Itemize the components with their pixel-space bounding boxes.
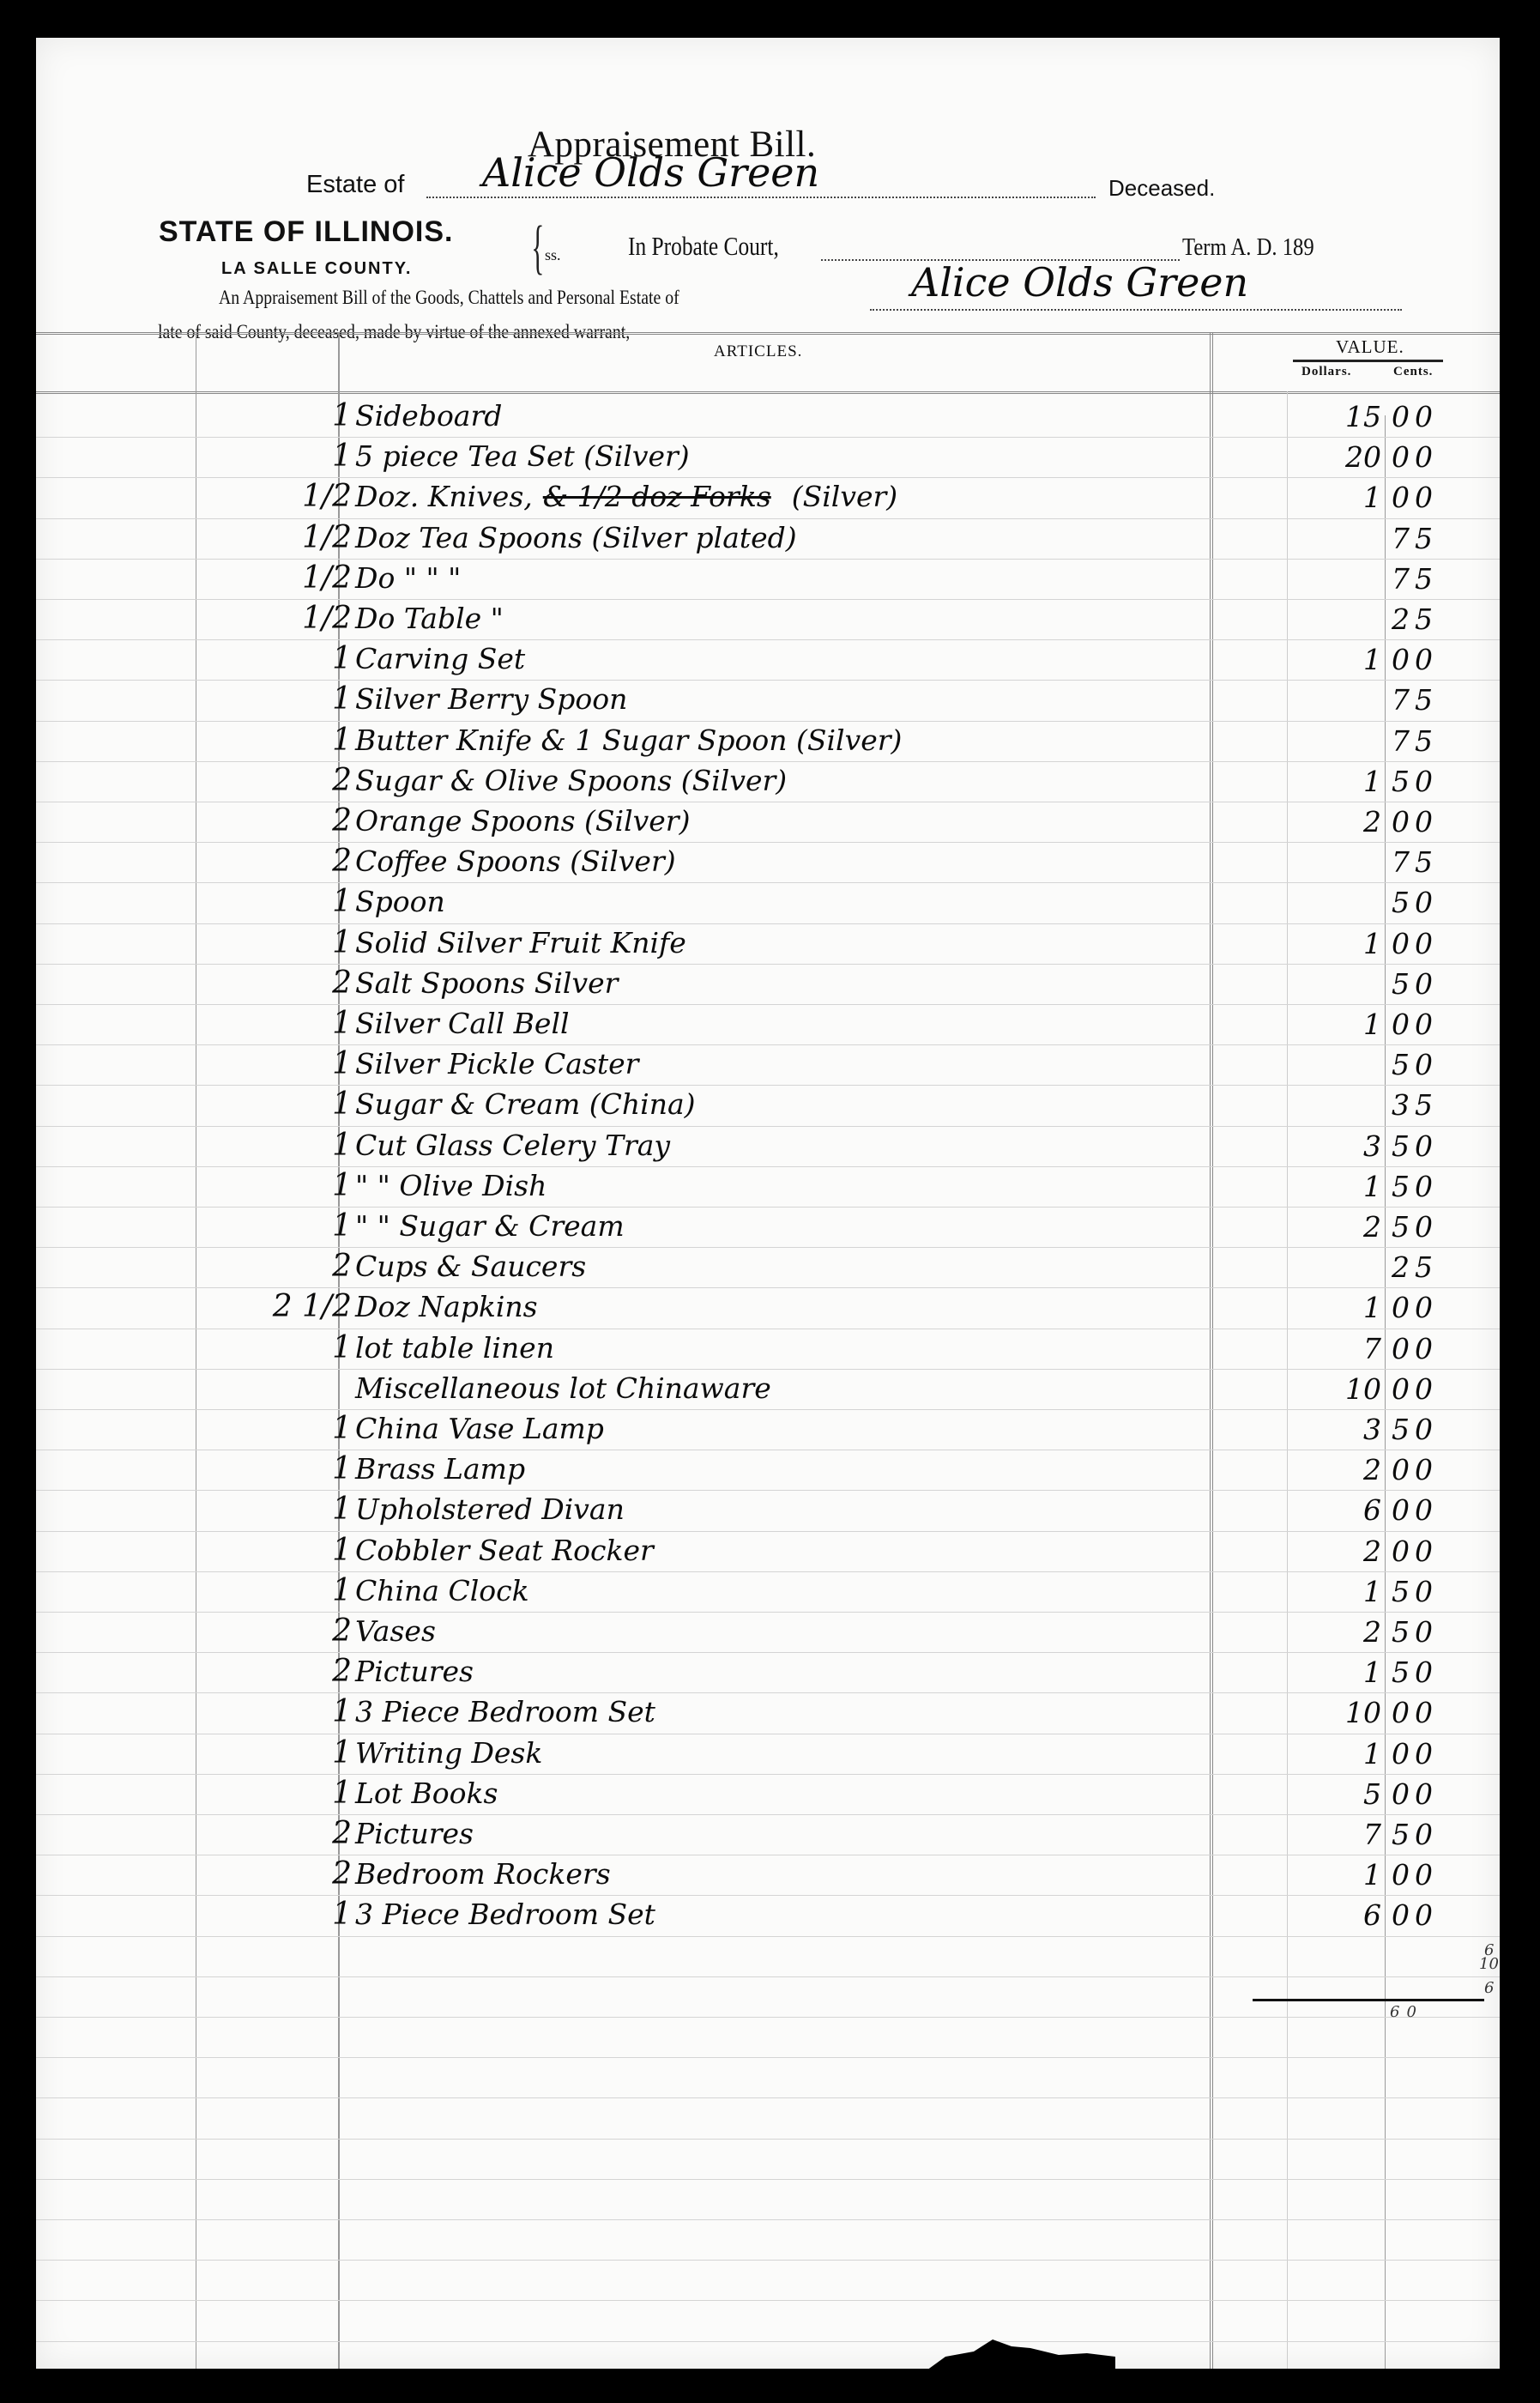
article-text: Carving Set bbox=[355, 642, 525, 675]
item-quantity: 1/2 bbox=[257, 560, 352, 596]
item-article: Doz Napkins bbox=[355, 1290, 538, 1323]
table-row: 1Carving Set100 bbox=[36, 639, 1500, 681]
item-quantity: 1 bbox=[257, 641, 352, 676]
dollars-header: Dollars. bbox=[1301, 365, 1351, 379]
item-article: " " Olive Dish bbox=[355, 1169, 547, 1202]
item-quantity: 1 bbox=[257, 1451, 352, 1486]
item-article: China Clock bbox=[355, 1574, 529, 1607]
county-heading: LA SALLE COUNTY. bbox=[221, 259, 412, 279]
item-article: China Vase Lamp bbox=[355, 1412, 604, 1445]
item-cents: 00 bbox=[1392, 927, 1460, 960]
articles-header: ARTICLES. bbox=[714, 342, 802, 361]
item-cents: 50 bbox=[1392, 1413, 1460, 1446]
item-article: Salt Spoons Silver bbox=[355, 966, 618, 1000]
estate-name-field: Alice Olds Green bbox=[482, 149, 819, 196]
item-cents: 75 bbox=[1392, 522, 1460, 555]
total-partial: 60 bbox=[1390, 2003, 1423, 2021]
article-text: Cobbler Seat Rocker bbox=[355, 1534, 654, 1567]
article-text: Cut Glass Celery Tray bbox=[355, 1129, 670, 1162]
article-text: Spoon bbox=[355, 885, 445, 918]
table-row: 1" " Olive Dish150 bbox=[36, 1166, 1500, 1208]
item-quantity: 1 bbox=[257, 1533, 352, 1568]
item-cents: 50 bbox=[1392, 1655, 1460, 1689]
article-text: Vases bbox=[355, 1614, 436, 1648]
table-row: 2Orange Spoons (Silver)200 bbox=[36, 802, 1500, 843]
struck-text: & 1/2 doz Forks bbox=[543, 480, 771, 513]
table-row: 1Writing Desk100 bbox=[36, 1734, 1500, 1775]
item-cents: 00 bbox=[1392, 1777, 1460, 1811]
article-text: Lot Books bbox=[355, 1777, 498, 1810]
table-row: 1Sideboard1500 bbox=[36, 396, 1500, 438]
item-article: Butter Knife & 1 Sugar Spoon (Silver) bbox=[355, 723, 902, 757]
table-row: 1Cobbler Seat Rocker200 bbox=[36, 1531, 1500, 1572]
item-cents: 00 bbox=[1392, 1696, 1460, 1729]
table-row: 1Sugar & Cream (China)35 bbox=[36, 1085, 1500, 1126]
item-cents: 35 bbox=[1392, 1088, 1460, 1122]
item-quantity: 2 bbox=[257, 844, 352, 879]
item-cents: 00 bbox=[1392, 481, 1460, 514]
item-article: Lot Books bbox=[355, 1777, 498, 1810]
item-dollars: 1 bbox=[1237, 481, 1381, 514]
table-row: 13 Piece Bedroom Set600 bbox=[36, 1895, 1500, 1936]
item-cents: 00 bbox=[1392, 1898, 1460, 1932]
item-dollars: 5 bbox=[1237, 1777, 1381, 1811]
article-text: Sugar & Cream (China) bbox=[355, 1087, 696, 1121]
table-row: 2 1/2Doz Napkins100 bbox=[36, 1287, 1500, 1329]
intro-text: An Appraisement Bill of the Goods, Chatt… bbox=[219, 287, 679, 309]
item-quantity: 2 bbox=[257, 1654, 352, 1689]
table-row: 2Sugar & Olive Spoons (Silver)150 bbox=[36, 761, 1500, 802]
item-dollars: 1 bbox=[1237, 1575, 1381, 1608]
item-cents: 50 bbox=[1392, 1818, 1460, 1851]
article-text: " " Olive Dish bbox=[355, 1169, 547, 1202]
item-article: Cut Glass Celery Tray bbox=[355, 1129, 670, 1162]
item-article: Orange Spoons (Silver) bbox=[355, 804, 690, 838]
item-quantity: 1 bbox=[257, 1128, 352, 1163]
item-cents: 50 bbox=[1392, 1615, 1460, 1649]
item-article: 3 Piece Bedroom Set bbox=[355, 1898, 655, 1931]
article-text: China Clock bbox=[355, 1574, 529, 1607]
table-row: 2Vases250 bbox=[36, 1612, 1500, 1653]
item-article: Silver Pickle Caster bbox=[355, 1047, 638, 1080]
table-row: 1/2Doz. Knives,& 1/2 doz Forks(Silver)10… bbox=[36, 477, 1500, 518]
article-text: Pictures bbox=[355, 1817, 474, 1850]
appraisement-bill-page: Appraisement Bill. Estate of Alice Olds … bbox=[36, 38, 1500, 2369]
table-row: 15 piece Tea Set (Silver)2000 bbox=[36, 437, 1500, 478]
total-underline bbox=[1253, 1999, 1484, 2001]
intro-field-line bbox=[870, 309, 1402, 311]
item-quantity: 1 bbox=[257, 1086, 352, 1122]
item-cents: 75 bbox=[1392, 724, 1460, 758]
ruled-line bbox=[36, 1976, 1500, 1977]
item-article: Carving Set bbox=[355, 642, 525, 675]
item-quantity: 1 bbox=[257, 884, 352, 919]
item-article: Do Table " bbox=[355, 602, 504, 635]
table-row: 1Solid Silver Fruit Knife100 bbox=[36, 923, 1500, 965]
article-text: Cups & Saucers bbox=[355, 1250, 586, 1283]
item-article: Do " " " bbox=[355, 561, 461, 595]
item-cents: 50 bbox=[1392, 1575, 1460, 1608]
margin-note-2: 10 bbox=[1479, 1955, 1499, 1973]
item-dollars: 6 bbox=[1237, 1898, 1381, 1932]
item-dollars: 7 bbox=[1237, 1332, 1381, 1365]
table-row: 1Brass Lamp200 bbox=[36, 1450, 1500, 1491]
item-article: lot table linen bbox=[355, 1331, 554, 1365]
table-row: 1Silver Call Bell100 bbox=[36, 1004, 1500, 1045]
item-quantity: 2 bbox=[257, 1816, 352, 1851]
item-cents: 00 bbox=[1392, 1453, 1460, 1486]
item-cents: 00 bbox=[1392, 1737, 1460, 1770]
ruled-line bbox=[36, 2057, 1500, 2058]
item-quantity: 1/2 bbox=[257, 520, 352, 555]
item-dollars: 2 bbox=[1237, 1615, 1381, 1649]
table-row: 2Bedroom Rockers100 bbox=[36, 1855, 1500, 1896]
item-quantity: 1 bbox=[257, 1330, 352, 1365]
item-article: 5 piece Tea Set (Silver) bbox=[355, 439, 690, 473]
intro-name-field: Alice Olds Green bbox=[911, 259, 1248, 306]
item-cents: 75 bbox=[1392, 562, 1460, 596]
item-cents: 25 bbox=[1392, 1250, 1460, 1284]
item-quantity: 1 bbox=[257, 1694, 352, 1729]
item-cents: 50 bbox=[1392, 1170, 1460, 1203]
item-quantity: 1 bbox=[257, 1897, 352, 1932]
item-article: 3 Piece Bedroom Set bbox=[355, 1695, 655, 1728]
article-text: Brass Lamp bbox=[355, 1452, 525, 1486]
item-dollars: 2 bbox=[1237, 805, 1381, 838]
deceased-label: Deceased. bbox=[1108, 175, 1215, 202]
item-quantity: 2 bbox=[257, 1249, 352, 1284]
item-quantity: 1 bbox=[257, 1776, 352, 1811]
item-cents: 50 bbox=[1392, 1129, 1460, 1163]
item-quantity: 2 bbox=[257, 965, 352, 1001]
table-row: 1/2Do " " "75 bbox=[36, 559, 1500, 600]
ruled-line bbox=[36, 2260, 1500, 2261]
ruled-line bbox=[36, 2179, 1500, 2180]
item-dollars: 7 bbox=[1237, 1818, 1381, 1851]
item-dollars: 1 bbox=[1237, 1008, 1381, 1041]
article-text: Writing Desk bbox=[355, 1736, 542, 1770]
article-text: Pictures bbox=[355, 1655, 474, 1688]
item-cents: 00 bbox=[1392, 1332, 1460, 1365]
item-quantity: 1 bbox=[257, 723, 352, 758]
table-row: 2Pictures750 bbox=[36, 1814, 1500, 1855]
item-quantity: 1 bbox=[257, 439, 352, 474]
table-row: 1China Vase Lamp350 bbox=[36, 1409, 1500, 1450]
ss-label: ss. bbox=[545, 246, 561, 264]
ruled-line bbox=[36, 2017, 1500, 2018]
estate-field-line bbox=[426, 197, 1096, 198]
item-article: Sugar & Cream (China) bbox=[355, 1087, 696, 1121]
item-cents: 50 bbox=[1392, 1210, 1460, 1244]
value-header-bar bbox=[1293, 360, 1443, 362]
item-dollars: 6 bbox=[1237, 1493, 1381, 1527]
table-row: 1" " Sugar & Cream250 bbox=[36, 1207, 1500, 1248]
item-article: Sugar & Olive Spoons (Silver) bbox=[355, 764, 787, 797]
brace-icon: { bbox=[531, 218, 544, 278]
item-article: Miscellaneous lot Chinaware bbox=[355, 1371, 771, 1405]
item-dollars: 1 bbox=[1237, 1737, 1381, 1770]
table-row: 1/2Doz Tea Spoons (Silver plated)75 bbox=[36, 518, 1500, 560]
table-row: 2Coffee Spoons (Silver)75 bbox=[36, 842, 1500, 883]
article-text: Sideboard bbox=[355, 399, 502, 433]
article-text: Silver Berry Spoon bbox=[355, 682, 627, 716]
item-cents: 00 bbox=[1392, 440, 1460, 474]
article-text: Silver Call Bell bbox=[355, 1007, 570, 1040]
item-cents: 00 bbox=[1392, 1291, 1460, 1324]
item-cents: 75 bbox=[1392, 683, 1460, 717]
item-quantity: 1 bbox=[257, 1168, 352, 1203]
item-dollars: 3 bbox=[1237, 1129, 1381, 1163]
item-dollars: 15 bbox=[1237, 400, 1381, 433]
article-text: Do Table " bbox=[355, 602, 504, 635]
item-cents: 50 bbox=[1392, 967, 1460, 1001]
item-cents: 75 bbox=[1392, 845, 1460, 879]
estate-of-label: Estate of bbox=[306, 171, 404, 199]
item-quantity: 1/2 bbox=[257, 479, 352, 514]
table-row: 1China Clock150 bbox=[36, 1571, 1500, 1613]
item-dollars: 2 bbox=[1237, 1453, 1381, 1486]
item-quantity: 1 bbox=[257, 398, 352, 433]
item-article: Writing Desk bbox=[355, 1736, 542, 1770]
article-text: Coffee Spoons (Silver) bbox=[355, 844, 676, 878]
ruled-line bbox=[36, 2219, 1500, 2220]
item-quantity: 1 bbox=[257, 1208, 352, 1244]
table-row: Miscellaneous lot Chinaware1000 bbox=[36, 1369, 1500, 1410]
table-row: 1lot table linen700 bbox=[36, 1329, 1500, 1370]
item-article: Spoon bbox=[355, 885, 445, 918]
item-quantity: 2 bbox=[257, 763, 352, 798]
item-dollars: 2 bbox=[1237, 1210, 1381, 1244]
table-row: 1Butter Knife & 1 Sugar Spoon (Silver)75 bbox=[36, 721, 1500, 762]
item-cents: 00 bbox=[1392, 805, 1460, 838]
item-quantity: 1 bbox=[257, 1046, 352, 1081]
probate-court-label: In Probate Court, bbox=[628, 231, 779, 262]
item-quantity: 1 bbox=[257, 1006, 352, 1041]
article-text: Silver Pickle Caster bbox=[355, 1047, 638, 1080]
item-dollars: 10 bbox=[1237, 1696, 1381, 1729]
item-article: Bedroom Rockers bbox=[355, 1857, 611, 1891]
article-tail: (Silver) bbox=[792, 480, 897, 513]
item-article: Solid Silver Fruit Knife bbox=[355, 926, 686, 959]
article-text: Upholstered Divan bbox=[355, 1492, 625, 1526]
item-quantity: 2 1/2 bbox=[257, 1289, 352, 1324]
item-cents: 00 bbox=[1392, 1858, 1460, 1892]
item-cents: 00 bbox=[1392, 643, 1460, 676]
item-article: Silver Call Bell bbox=[355, 1007, 570, 1040]
ruled-line bbox=[36, 2341, 1500, 2342]
article-text: Solid Silver Fruit Knife bbox=[355, 926, 686, 959]
item-dollars: 1 bbox=[1237, 1170, 1381, 1203]
item-article: Cups & Saucers bbox=[355, 1250, 586, 1283]
table-row: 2Pictures150 bbox=[36, 1652, 1500, 1693]
item-dollars: 1 bbox=[1237, 927, 1381, 960]
article-text: " " Sugar & Cream bbox=[355, 1209, 625, 1243]
ruled-line bbox=[36, 2097, 1500, 2098]
item-article: Cobbler Seat Rocker bbox=[355, 1534, 654, 1567]
table-row: 2Salt Spoons Silver50 bbox=[36, 964, 1500, 1005]
item-cents: 00 bbox=[1392, 1008, 1460, 1041]
article-text: Sugar & Olive Spoons (Silver) bbox=[355, 764, 787, 797]
article-text: Doz. Knives, bbox=[355, 480, 533, 513]
header-bottom-rule bbox=[36, 391, 1500, 394]
article-text: China Vase Lamp bbox=[355, 1412, 604, 1445]
item-article: Doz Tea Spoons (Silver plated) bbox=[355, 521, 797, 554]
item-quantity: 2 bbox=[257, 1856, 352, 1892]
item-cents: 00 bbox=[1392, 1493, 1460, 1527]
item-quantity: 1 bbox=[257, 1411, 352, 1446]
ruled-line bbox=[36, 2300, 1500, 2301]
term-label: Term A. D. 189 bbox=[1182, 233, 1314, 262]
item-dollars: 1 bbox=[1237, 1291, 1381, 1324]
item-article: Brass Lamp bbox=[355, 1452, 525, 1486]
table-row: 1Spoon50 bbox=[36, 882, 1500, 923]
item-article: Upholstered Divan bbox=[355, 1492, 625, 1526]
article-text: 3 Piece Bedroom Set bbox=[355, 1695, 655, 1728]
item-quantity: 1 bbox=[257, 1573, 352, 1608]
item-quantity: 2 bbox=[257, 1613, 352, 1649]
item-quantity: 2 bbox=[257, 803, 352, 838]
article-text: Doz Napkins bbox=[355, 1290, 538, 1323]
item-cents: 25 bbox=[1392, 602, 1460, 636]
item-dollars: 10 bbox=[1237, 1372, 1381, 1406]
table-row: 1Silver Pickle Caster50 bbox=[36, 1044, 1500, 1086]
item-quantity: 1 bbox=[257, 925, 352, 960]
item-quantity: 1 bbox=[257, 1735, 352, 1770]
item-cents: 50 bbox=[1392, 1048, 1460, 1081]
margin-note-3: 6 bbox=[1484, 1979, 1494, 1997]
table-row: 2 Cups & Saucers25 bbox=[36, 1247, 1500, 1288]
item-cents: 50 bbox=[1392, 765, 1460, 798]
item-cents: 00 bbox=[1392, 1372, 1460, 1406]
item-article: Silver Berry Spoon bbox=[355, 682, 627, 716]
value-header: VALUE. bbox=[1336, 336, 1404, 358]
item-quantity: 1/2 bbox=[257, 601, 352, 636]
table-row: 1/2Do Table "25 bbox=[36, 599, 1500, 640]
article-text: Orange Spoons (Silver) bbox=[355, 804, 690, 838]
item-dollars: 3 bbox=[1237, 1413, 1381, 1446]
item-article: Vases bbox=[355, 1614, 436, 1648]
table-row: 1Upholstered Divan600 bbox=[36, 1490, 1500, 1531]
item-dollars: 1 bbox=[1237, 1858, 1381, 1892]
item-article: Pictures bbox=[355, 1817, 474, 1850]
table-row: 1Silver Berry Spoon75 bbox=[36, 680, 1500, 721]
article-text: 3 Piece Bedroom Set bbox=[355, 1898, 655, 1931]
item-dollars: 20 bbox=[1237, 440, 1381, 474]
item-article: Doz. Knives,& 1/2 doz Forks(Silver) bbox=[355, 480, 897, 513]
ruled-line bbox=[36, 2139, 1500, 2140]
article-text: Do " " " bbox=[355, 561, 461, 595]
item-dollars: 1 bbox=[1237, 765, 1381, 798]
article-text: 5 piece Tea Set (Silver) bbox=[355, 439, 690, 473]
article-text: Butter Knife & 1 Sugar Spoon (Silver) bbox=[355, 723, 902, 757]
state-heading: STATE OF ILLINOIS. bbox=[159, 215, 454, 249]
table-top-rule bbox=[36, 332, 1500, 335]
item-dollars: 2 bbox=[1237, 1534, 1381, 1568]
article-text: Doz Tea Spoons (Silver plated) bbox=[355, 521, 797, 554]
item-quantity: 1 bbox=[257, 681, 352, 717]
table-row: 1Cut Glass Celery Tray350 bbox=[36, 1126, 1500, 1167]
item-dollars: 1 bbox=[1237, 643, 1381, 676]
item-dollars: 1 bbox=[1237, 1655, 1381, 1689]
cents-header: Cents. bbox=[1393, 365, 1433, 379]
item-article: Sideboard bbox=[355, 399, 502, 433]
article-text: Bedroom Rockers bbox=[355, 1857, 611, 1891]
table-row: 13 Piece Bedroom Set1000 bbox=[36, 1692, 1500, 1734]
item-article: Pictures bbox=[355, 1655, 474, 1688]
article-text: lot table linen bbox=[355, 1331, 554, 1365]
item-cents: 00 bbox=[1392, 1534, 1460, 1568]
item-cents: 00 bbox=[1392, 400, 1460, 433]
item-article: " " Sugar & Cream bbox=[355, 1209, 625, 1243]
article-text: Salt Spoons Silver bbox=[355, 966, 618, 1000]
article-text: Miscellaneous lot Chinaware bbox=[355, 1371, 771, 1405]
table-row: 1Lot Books500 bbox=[36, 1774, 1500, 1815]
item-article: Coffee Spoons (Silver) bbox=[355, 844, 676, 878]
item-quantity: 1 bbox=[257, 1492, 352, 1527]
item-cents: 50 bbox=[1392, 886, 1460, 919]
